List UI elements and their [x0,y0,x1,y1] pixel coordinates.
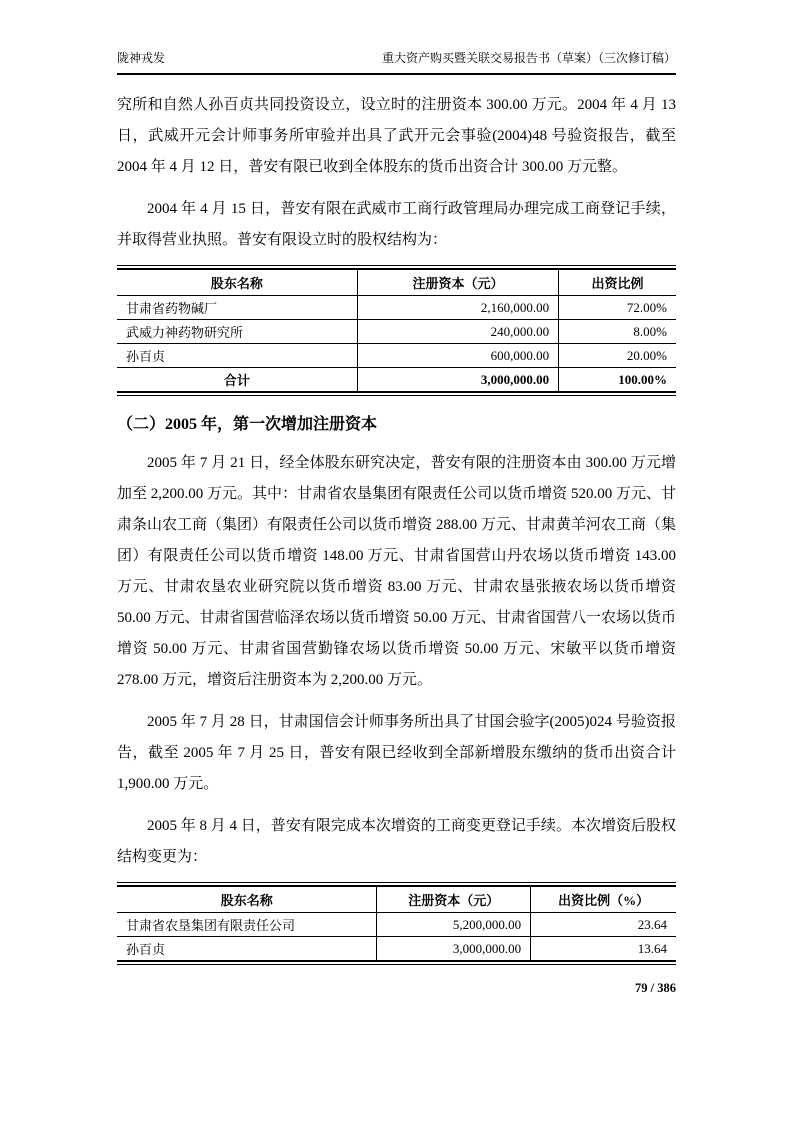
page-header: 陇神戎发 重大资产购买暨关联交易报告书（草案）（三次修订稿） [117,50,676,75]
table-total-row: 合计 3,000,000.00 100.00% [117,368,676,393]
column-header-shareholder: 股东名称 [117,269,357,296]
shareholding-table-2004: 股东名称 注册资本（元） 出资比例 甘肃省药物碱厂 2,160,000.00 7… [117,268,676,393]
column-header-capital: 注册资本（元） [377,886,531,913]
column-header-ratio: 出资比例 [559,269,676,296]
total-ratio-cell: 100.00% [559,368,676,393]
ratio-cell: 8.00% [559,320,676,344]
shareholder-name-cell: 武威力神药物研究所 [117,320,357,344]
shareholder-name-cell: 孙百贞 [117,344,357,368]
table-row: 孙百贞 600,000.00 20.00% [117,344,676,368]
table-row: 孙百贞 3,000,000.00 13.64 [117,937,676,962]
table-header-row: 股东名称 注册资本（元） 出资比例 [117,269,676,296]
total-capital-cell: 3,000,000.00 [357,368,558,393]
table-row: 甘肃省农垦集团有限责任公司 5,200,000.00 23.64 [117,913,676,937]
paragraph-verification-2005: 2005 年 7 月 28 日，甘肃国信会计师事务所出具了甘国会验字(2005)… [117,707,676,800]
total-label-cell: 合计 [117,368,357,393]
header-right-title: 重大资产购买暨关联交易报告书（草案）（三次修订稿） [382,50,676,66]
paragraph-establishment: 究所和自然人孙百贞共同投资设立，设立时的注册资本 300.00 万元。2004 … [117,90,676,183]
ratio-cell: 23.64 [531,913,676,937]
section-heading: （二）2005 年，第一次增加注册资本 [117,413,676,437]
column-header-ratio: 出资比例（%） [531,886,676,913]
shareholder-name-cell: 孙百贞 [117,937,377,962]
capital-cell: 240,000.00 [357,320,558,344]
shareholder-name-cell: 甘肃省农垦集团有限责任公司 [117,913,377,937]
paragraph-capital-increase: 2005 年 7 月 21 日，经全体股东研究决定，普安有限的注册资本由 300… [117,448,676,696]
shareholder-name-cell: 甘肃省药物碱厂 [117,296,357,320]
capital-cell: 5,200,000.00 [377,913,531,937]
capital-cell: 600,000.00 [357,344,558,368]
column-header-shareholder: 股东名称 [117,886,377,913]
column-header-capital: 注册资本（元） [357,269,558,296]
table-row: 武威力神药物研究所 240,000.00 8.00% [117,320,676,344]
ratio-cell: 72.00% [559,296,676,320]
shareholding-table-2005-wrapper: 股东名称 注册资本（元） 出资比例（%） 甘肃省农垦集团有限责任公司 5,200… [117,882,676,965]
paragraph-registration-2004: 2004 年 4 月 15 日，普安有限在武威市工商行政管理局办理完成工商登记手… [117,194,676,256]
document-page: 陇神戎发 重大资产购买暨关联交易报告书（草案）（三次修订稿） 究所和自然人孙百贞… [0,0,793,1122]
table-header-row: 股东名称 注册资本（元） 出资比例（%） [117,886,676,913]
capital-cell: 2,160,000.00 [357,296,558,320]
page-number: 79 / 386 [635,981,676,995]
capital-cell: 3,000,000.00 [377,937,531,962]
ratio-cell: 20.00% [559,344,676,368]
table-row: 甘肃省药物碱厂 2,160,000.00 72.00% [117,296,676,320]
shareholding-table-2004-wrapper: 股东名称 注册资本（元） 出资比例 甘肃省药物碱厂 2,160,000.00 7… [117,265,676,396]
header-left-title: 陇神戎发 [117,50,165,66]
shareholding-table-2005: 股东名称 注册资本（元） 出资比例（%） 甘肃省农垦集团有限责任公司 5,200… [117,885,676,962]
page-footer: 79 / 386 [117,980,676,996]
paragraph-registration-2005: 2005 年 8 月 4 日，普安有限完成本次增资的工商变更登记手续。本次增资后… [117,811,676,873]
ratio-cell: 13.64 [531,937,676,962]
